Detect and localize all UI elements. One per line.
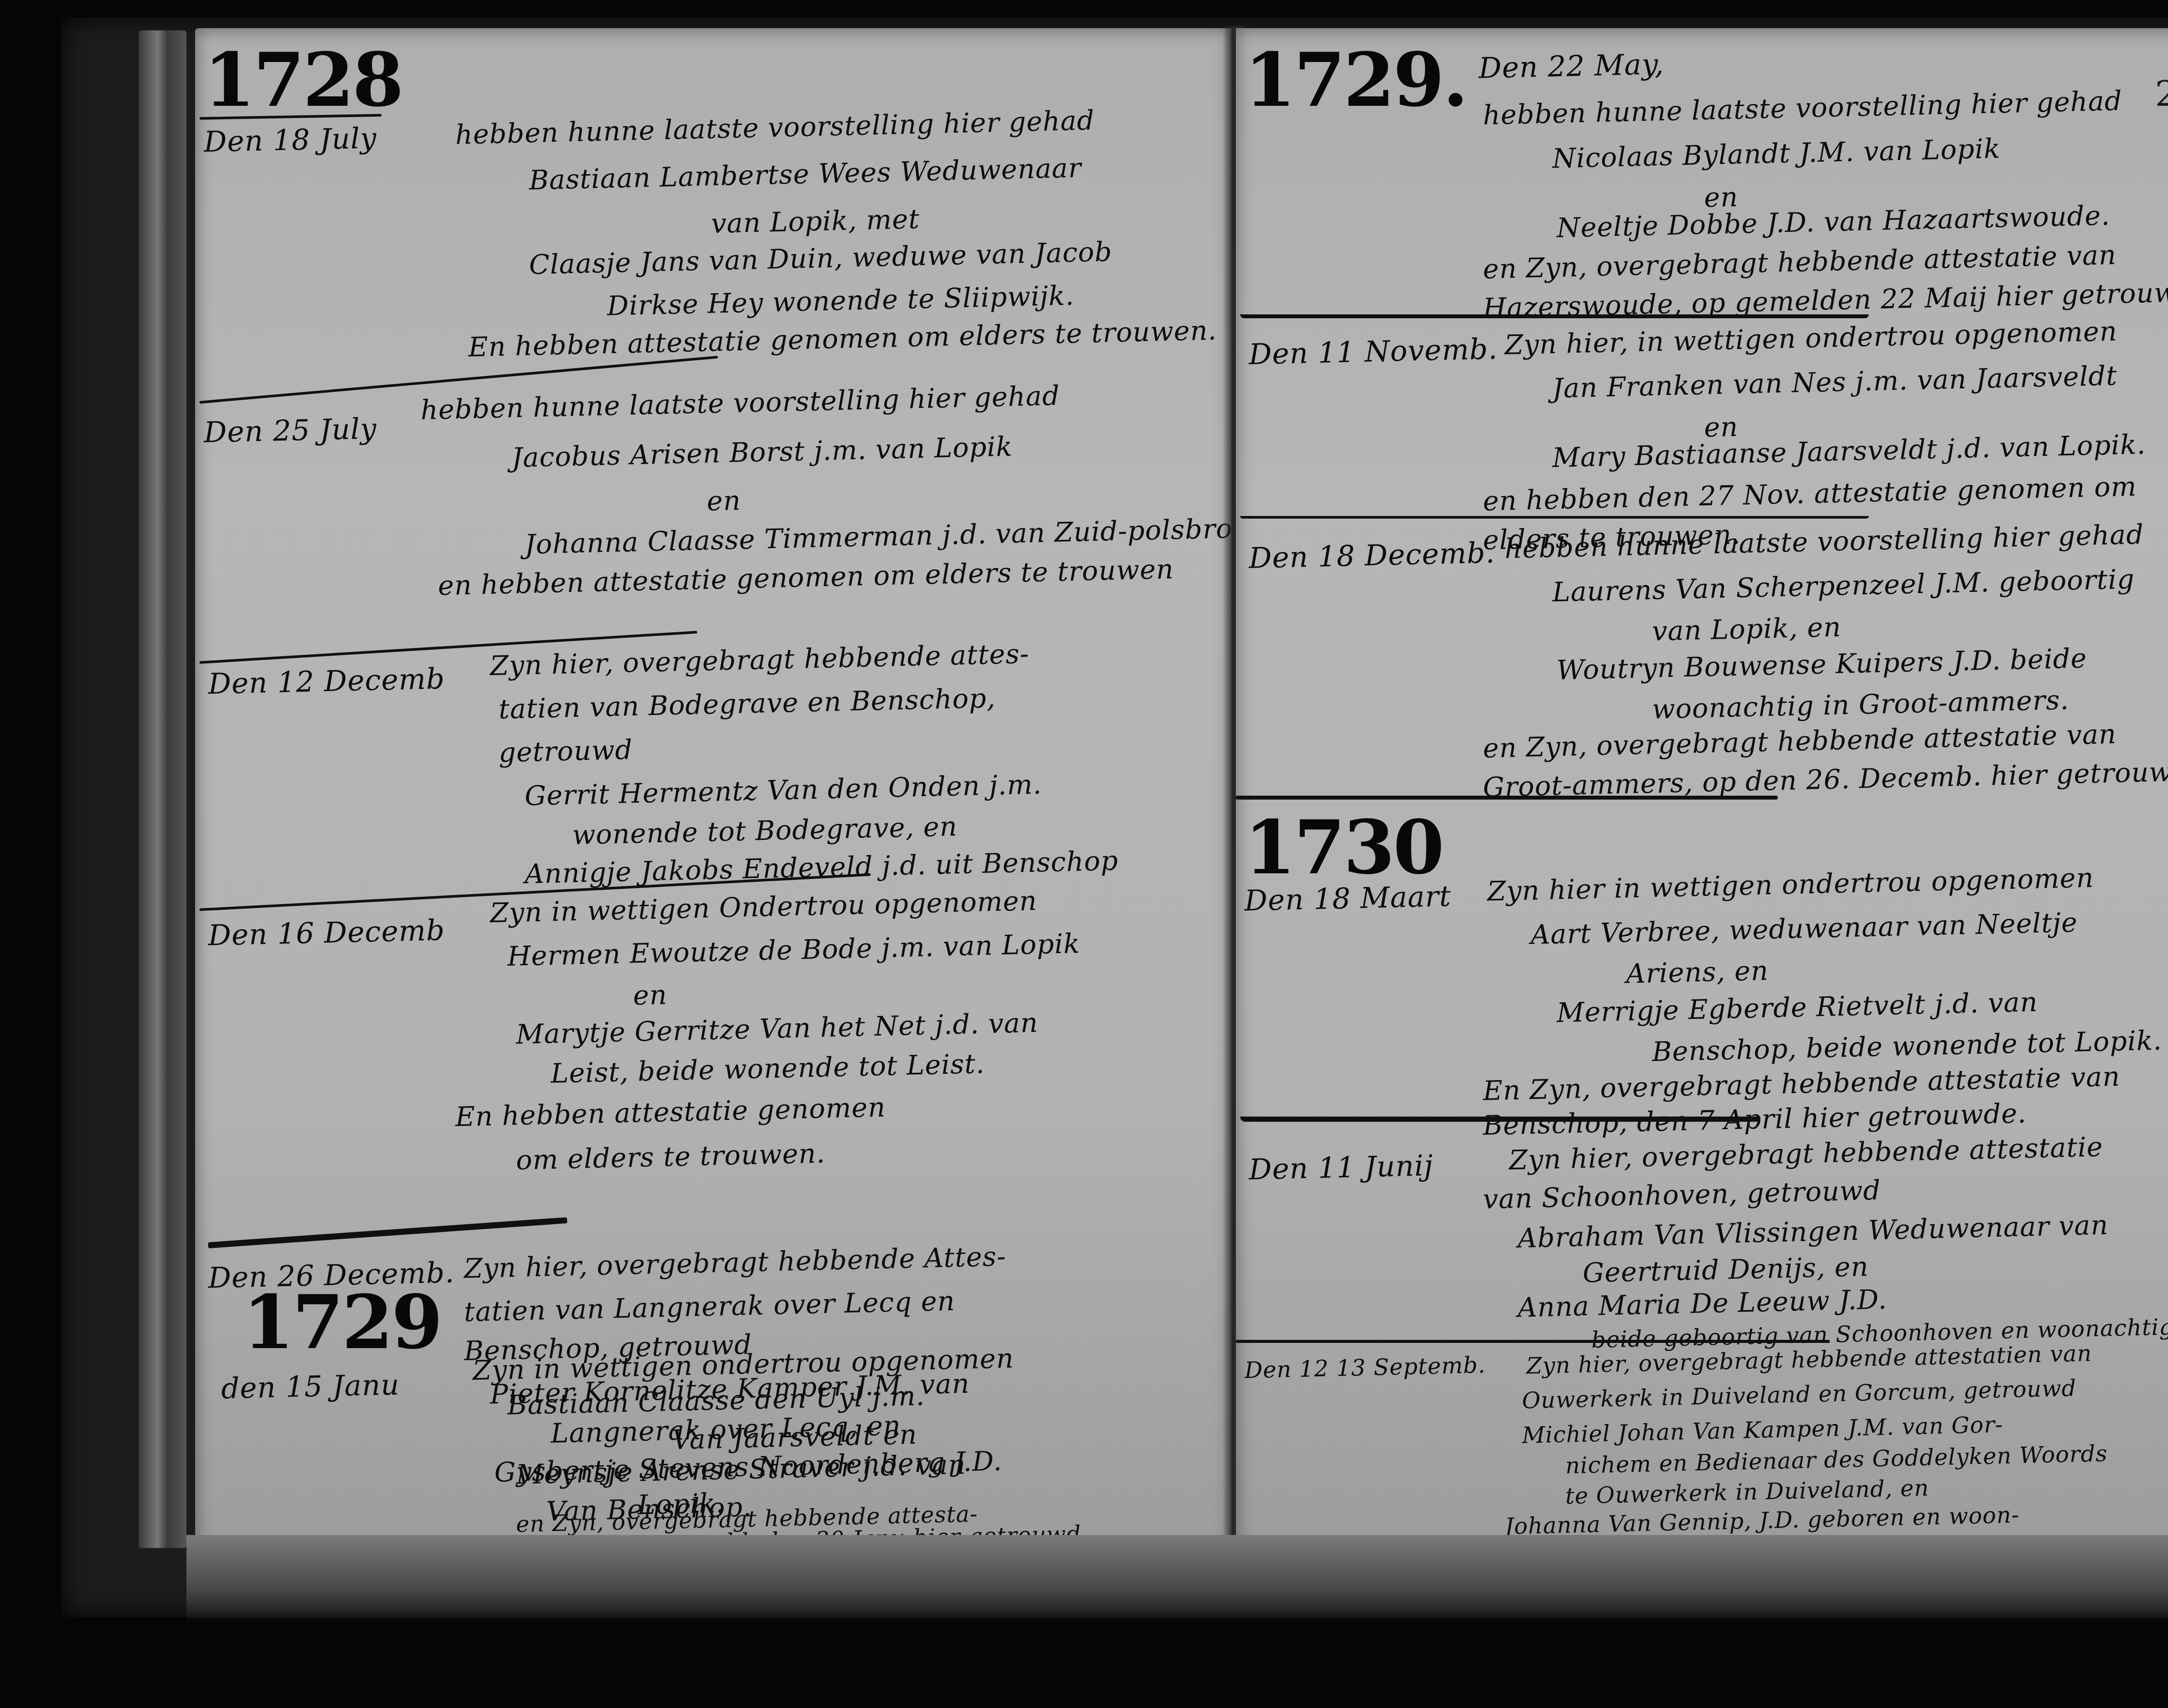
entry-line: Neeltje Dobbe J.D. van Hazaartswoude.: [1556, 202, 2110, 242]
entry-line: van Lopik, en: [1652, 614, 1841, 645]
entry-line: Dirkse Hey wonende te Sliipwijk.: [607, 282, 1074, 320]
entry-date: Den 12 Decemb: [208, 665, 445, 699]
page-number: 20: [2155, 74, 2168, 114]
entry-line: en: [706, 487, 741, 515]
entry-line: getrouwd: [498, 736, 633, 766]
entry-date: Den 11 Junij: [1248, 1151, 1433, 1184]
entry-line: en hebben attestatie genomen om elders t…: [438, 555, 1174, 599]
entry-line: En hebben attestatie genomen om elders t…: [468, 317, 1217, 361]
entry-line: en: [1704, 183, 1738, 211]
entry-line: Groot-ammers, op den 26. Decemb. hier ge…: [1482, 758, 2168, 801]
entry-line: Bastiaan Claasse den Uyl j.m.: [507, 1382, 925, 1419]
entry-date: Den 18 Decemb.: [1248, 539, 1495, 573]
divider-rule: [1236, 796, 1778, 800]
entry-date: Den 25 July: [203, 415, 377, 447]
entry-line: Aart Verbree, weduwenaar van Neeltje: [1530, 909, 2078, 948]
entry-date: Den 12 13 Septemb.: [1244, 1354, 1486, 1382]
entry-line: om elders te trouwen.: [516, 1140, 826, 1174]
entry-line: Marytje Gerritze Van het Net j.d. van: [516, 1009, 1038, 1048]
entry-line: Zyn hier, in wettigen ondertrou opgenome…: [1504, 318, 2117, 359]
entry-line: en Zyn, overgebragt hebbende attestatie …: [1482, 242, 2116, 283]
left-page-lower: 1729 den 15 Janu Zyn in wettigen ondertr…: [195, 1244, 1231, 1557]
entry-line: Jan Franken van Nes j.m. van Jaarsveldt: [1552, 362, 2117, 402]
entry-date: Den 22 May,: [1478, 50, 1664, 83]
entry-line: Zyn hier in wettigen ondertrou opgenomen: [1487, 864, 2094, 905]
entry-line: Van Jaarsveldt en: [672, 1421, 917, 1453]
entry-line: hebben hunne laatste voorstelling hier g…: [1482, 88, 2122, 129]
page-bottom-edge: [186, 1535, 2168, 1622]
entry-line: Zyn in wettigen Ondertrou opgenomen: [490, 887, 1037, 927]
entry-line: Leist, beide wonende tot Leist.: [550, 1050, 985, 1087]
entry-line: Abraham Van Vlissingen Weduwenaar van: [1517, 1212, 2109, 1252]
entry-line: van Schoonhoven, getrouwd: [1482, 1177, 1881, 1213]
entry-line: Geertruid Denijs, en: [1582, 1253, 1869, 1287]
divider-rule: [1240, 516, 1869, 519]
year-header: 1729: [243, 1279, 441, 1366]
divider-rule: [208, 1217, 568, 1248]
entry-line: Johanna Claasse Timmerman j.d. van Zuid-…: [524, 514, 1275, 558]
entry-line: Laurens Van Scherpenzeel J.M. geboortig: [1552, 566, 2135, 606]
entry-line: Woutryn Bouwense Kuipers J.D. beide: [1556, 645, 2087, 684]
entry-line: Benschop, beide wonende tot Lopik.: [1652, 1027, 2162, 1065]
entry-date: den 15 Janu: [221, 1371, 400, 1403]
entry-line: Jacobus Arisen Borst j.m. van Lopik: [511, 433, 1013, 471]
entry-line: hebben hunne laatste voorstelling hier g…: [455, 107, 1095, 148]
entry-line: Ouwerkerk in Duiveland en Gorcum, getrou…: [1522, 1377, 2077, 1412]
entry-line: wonende tot Bodegrave, en: [572, 813, 957, 849]
entry-line: Michiel Johan Van Kampen J.M. van Gor-: [1522, 1414, 2003, 1447]
entry-line: en Zyn, overgebragt hebbende attestatie …: [1482, 721, 2116, 762]
entry-line: en hebben den 27 Nov. attestatie genomen…: [1482, 473, 2137, 515]
entry-line: tatien van Bodegrave en Benschop,: [498, 685, 996, 723]
entry-line: Anna Maria De Leeuw J.D.: [1517, 1286, 1887, 1321]
page-block-edge: [139, 30, 186, 1548]
divider-rule: [1240, 314, 1869, 318]
entry-line: nichem en Bedienaar des Goddelyken Woord…: [1565, 1443, 2108, 1477]
entry-line: hebben hunne laatste voorstelling hier g…: [420, 382, 1060, 424]
entry-line: Gerrit Hermentz Van den Onden j.m.: [524, 771, 1042, 810]
entry-line: Zyn hier, overgebragt hebbende attes-: [490, 640, 1029, 679]
divider-rule: [1236, 1340, 1830, 1343]
entry-line: Bastiaan Lambertse Wees Weduwenaar: [529, 154, 1082, 194]
entry-line: en: [1704, 413, 1738, 441]
entry-line: Nicolaas Bylandt J.M. van Lopik: [1552, 135, 2001, 172]
year-header: 1728: [204, 37, 402, 124]
year-header: 1730: [1244, 804, 1443, 891]
entry-line: Merrigje Egberde Rietvelt j.d. van: [1556, 989, 2038, 1026]
entry-date: Den 11 Novemb.: [1248, 335, 1498, 369]
entry-line: Hermen Ewoutze de Bode j.m. van Lopik: [507, 930, 1081, 970]
entry-date: Den 18 Maart: [1244, 882, 1451, 915]
entry-line: Meynsje Arense Straver j.d. van: [516, 1451, 966, 1488]
entry-line: te Ouwerkerk in Duiveland, en: [1565, 1477, 1929, 1508]
entry-line: Mary Bastiaanse Jaarsveldt j.d. van Lopi…: [1552, 431, 2146, 471]
right-page: 1729. 20 Den 22 May, hebben hunne laatst…: [1236, 28, 2168, 1559]
year-header: 1729.: [1244, 37, 1466, 124]
entry-line: Claasje Jans van Duin, weduwe van Jacob: [529, 238, 1112, 278]
entry-line: Zyn in wettigen ondertrou opgenomen: [472, 1345, 1014, 1384]
entry-line: Annigje Jakobs Endeveld j.d. uit Benscho…: [524, 847, 1118, 888]
entry-line: en: [633, 981, 667, 1009]
entry-date: Den 18 July: [203, 124, 377, 157]
entry-line: Zyn hier, overgebragt hebbende attestati…: [1508, 1133, 2103, 1174]
entry-line: woonachtig in Groot-ammers.: [1652, 686, 2069, 723]
entry-line: van Lopik, met: [711, 206, 920, 237]
entry-line: Ariens, en: [1626, 957, 1769, 987]
divider-rule: [1240, 1117, 1760, 1122]
entry-date: Den 16 Decemb: [208, 916, 445, 950]
entry-line: En hebben attestatie genomen: [455, 1094, 886, 1130]
